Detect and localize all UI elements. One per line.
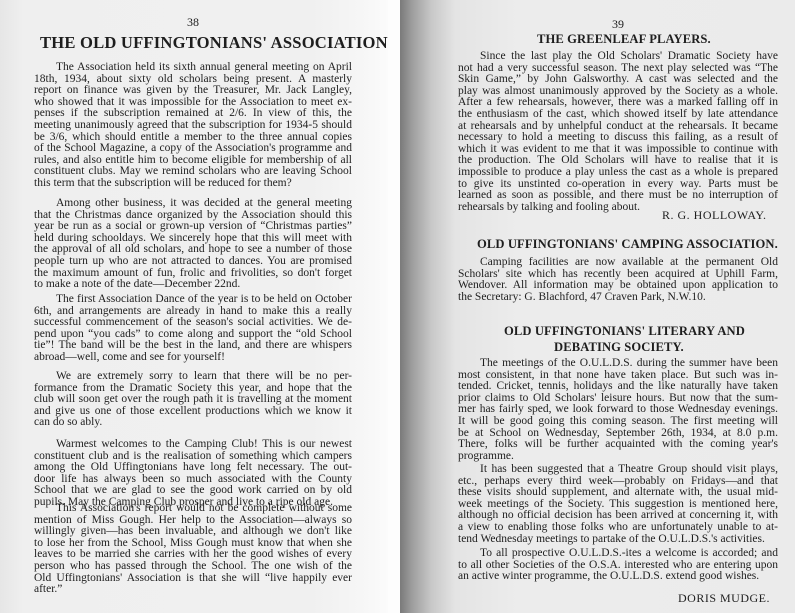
text-line: To all prospective O.U.L.D.S.-ites a wel… [458, 548, 778, 560]
text-line: The Association held its sixth annual ge… [34, 62, 352, 74]
text-line: It has been suggested that a Theatre Gro… [458, 464, 778, 476]
text-line: a view to enabling those folks who are u… [458, 522, 778, 534]
text-line: We are extremely sorry to learn that the… [34, 371, 352, 383]
paragraph: The first Association Dance of the year … [34, 294, 352, 364]
paragraph: To all prospective O.U.L.D.S.-ites a wel… [458, 548, 778, 583]
paragraph: It has been suggested that a Theatre Gro… [458, 464, 778, 545]
paragraph: We are extremely sorry to learn that the… [34, 371, 352, 429]
text-line: Since the last play the Old Scholars' Dr… [458, 51, 778, 63]
section-title-camping-association: OLD UFFINGTONIANS' CAMPING ASSOCIATION. [477, 237, 778, 252]
text-line: Old Uffingtonians' Association is that s… [34, 573, 352, 585]
text-line: can do so ably. [34, 417, 352, 429]
text-line: Among other business, it was decided at … [34, 198, 352, 210]
paragraph: The meetings of the O.U.L.D.S. during th… [458, 358, 778, 462]
text-line: This Association's report would not be c… [34, 503, 352, 515]
paragraph: Warmest welcomes to the Camping Club! Th… [34, 439, 352, 509]
page-title: THE OLD UFFINGTONIANS' ASSOCIATION. [40, 33, 392, 53]
paragraph: Since the last play the Old Scholars' Dr… [458, 51, 778, 213]
text-line: person who has passed through the School… [34, 561, 352, 573]
text-line: It will be good going this coming season… [458, 416, 778, 428]
text-line: tend Wednesday meetings to partake of th… [458, 534, 778, 546]
text-line: Camping facilities are now available at … [458, 257, 778, 269]
right-page: 39 THE GREENLEAF PLAYERS. Since the last… [400, 0, 795, 613]
text-line: people turn up who are not attracted to … [34, 256, 352, 268]
book-gutter [388, 0, 400, 613]
paragraph: The Association held its sixth annual ge… [34, 62, 352, 190]
signature: R. G. HOLLOWAY. [662, 208, 767, 223]
section-title-greenleaf-players: THE GREENLEAF PLAYERS. [537, 32, 711, 47]
text-line: the Secretary: G. Blachford, 47 Craven P… [458, 292, 778, 304]
text-line: The first Association Dance of the year … [34, 294, 352, 306]
signature: DORIS MUDGE. [678, 591, 770, 606]
paragraph: Among other business, it was decided at … [34, 198, 352, 291]
text-line: this term that the subscription will be … [34, 178, 352, 190]
text-line: the enthusiasm of the cast, which showed… [458, 109, 778, 121]
section-title-literary-debating-line1: OLD UFFINGTONIANS' LITERARY AND [504, 324, 745, 339]
page-number: 38 [187, 15, 199, 30]
text-line: There, folks will be further acquainted … [458, 439, 778, 451]
left-page: 38 THE OLD UFFINGTONIANS' ASSOCIATION. T… [0, 0, 388, 613]
text-line: The meetings of the O.U.L.D.S. during th… [458, 358, 778, 370]
text-line: impossible to produce a play unless the … [458, 167, 778, 179]
text-line: programme. [458, 451, 778, 463]
text-line: Warmest welcomes to the Camping Club! Th… [34, 439, 352, 451]
text-line: an active winter programme, the O.U.L.D.… [458, 571, 778, 583]
paragraph: This Association's report would not be c… [34, 503, 352, 596]
text-line: after.” [34, 584, 352, 596]
text-line: to make a note of the date—December 22nd… [34, 279, 352, 291]
section-title-literary-debating-line2: DEBATING SOCIETY. [554, 340, 684, 355]
text-line: necessary to hold a meeting to discuss t… [458, 132, 778, 144]
text-line: learned as soon as possible, and there m… [458, 190, 778, 202]
text-line: of the School Magazine, a copy of the As… [34, 143, 352, 155]
page-number: 39 [612, 17, 624, 32]
paragraph: Camping facilities are now available at … [458, 257, 778, 303]
text-line: meeting unanimously agreed that the subs… [34, 120, 352, 132]
text-line: abroad—well, come and see for yourself! [34, 352, 352, 364]
